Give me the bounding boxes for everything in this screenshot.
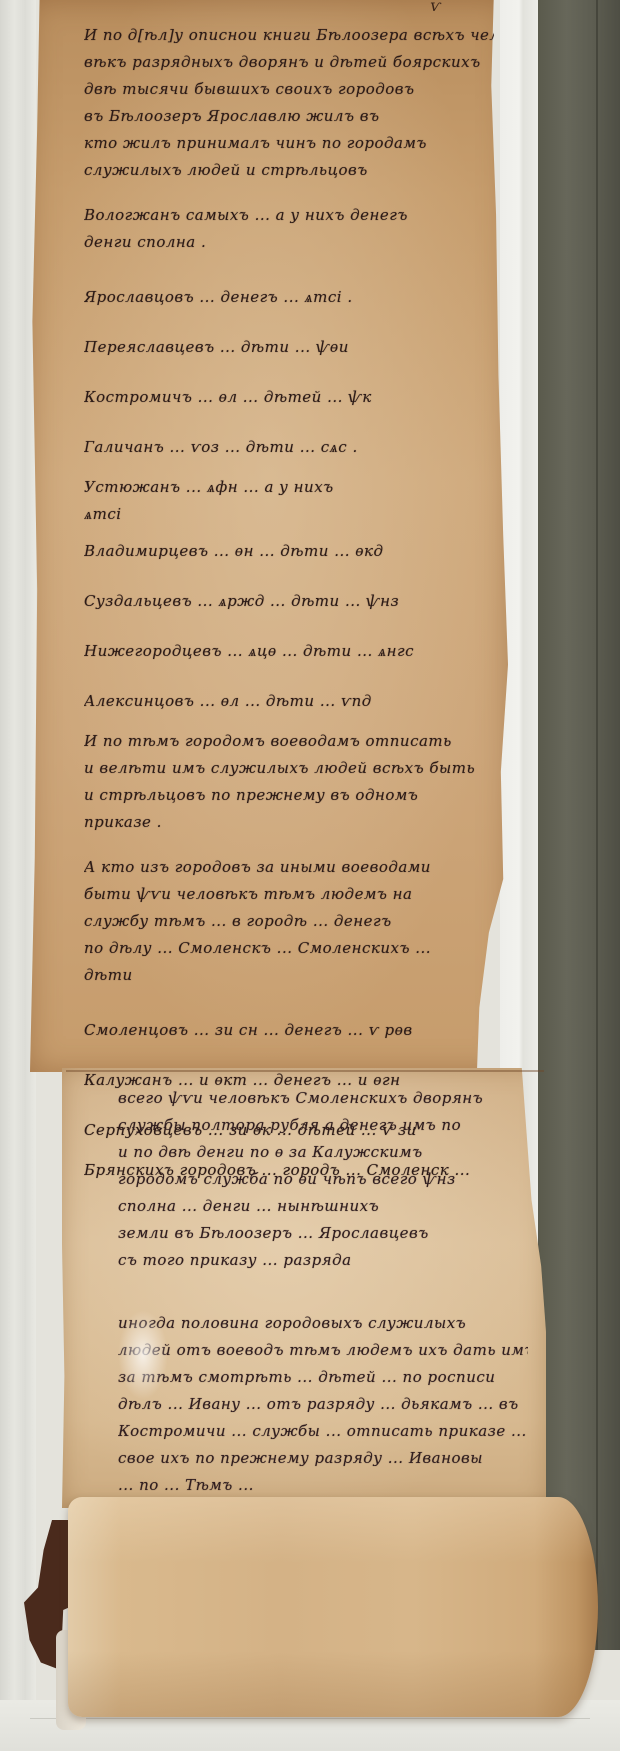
text-line: Костромичи ... службы ... отписать прика… (118, 1418, 528, 1445)
intro-paragraph: И по д[ѣл]у описнои книги Бѣлоозера всѣх… (84, 22, 494, 184)
spacer (84, 184, 494, 202)
entry-line: Суздальцевъ ... ѧржд ... дѣти ... ѱнз (84, 578, 494, 628)
text-line: дѣти (84, 962, 494, 989)
middle-paragraph: И по тѣмъ городомъ воеводамъ отписать и … (84, 728, 494, 836)
text-line: и стрѣльцовъ по прежнему въ одномъ (84, 782, 494, 809)
text-line: служилыхъ людей и стрѣльцовъ (84, 157, 494, 184)
upper-sheet-text: И по д[ѣл]у описнои книги Бѣлоозера всѣх… (84, 22, 494, 1184)
lower-paragraph-1: всего ѱѵи человѣкъ Смоленскихъ дворянъ с… (118, 1085, 528, 1274)
entry-line: Смоленцовъ ... зи сн ... денегъ ... ѵ рѳ… (84, 1007, 494, 1057)
entry-line: денги сполна . (84, 229, 494, 256)
text-line: въ Бѣлоозеръ Ярославлю жилъ въ (84, 103, 494, 130)
lower-sheet-text: всего ѱѵи человѣкъ Смоленскихъ дворянъ с… (118, 1085, 528, 1499)
entry-line: ѧтсі (84, 501, 494, 528)
entry-line: Галичанъ ... ѵоз ... дѣти ... сѧс . (84, 424, 494, 474)
text-line: быти ѱѵи человѣкъ тѣмъ людемъ на (84, 881, 494, 908)
text-line: приказе . (84, 809, 494, 836)
rolled-scroll-cylinder (68, 1497, 598, 1717)
lower-paragraph-2: иногда половина городовыхъ служилыхъ люд… (118, 1310, 528, 1499)
entry-line: Вологжанъ самыхъ ... а у нихъ денегъ (84, 202, 494, 229)
entry-line: Владимирцевъ ... ѳн ... дѣти ... ѳкд (84, 528, 494, 578)
text-line: съ того приказу ... разряда (118, 1247, 528, 1274)
text-line-cut: ... по ... Тѣмъ ... (118, 1472, 528, 1499)
text-line: двѣ тысячи бывшихъ своихъ городовъ (84, 76, 494, 103)
spacer (84, 836, 494, 854)
entry-line: Алексинцовъ ... ѳл ... дѣти ... ѵпд (84, 678, 494, 728)
text-line: городомъ служба по ѳи чѣпъ всего ѱнз (118, 1166, 528, 1193)
text-line: И по д[ѣл]у описнои книги Бѣлоозера всѣх… (84, 22, 494, 49)
text-line: и велѣти имъ служилыхъ людей всѣхъ быть (84, 755, 494, 782)
text-line: дѣлъ ... Ивану ... отъ разряду ... дьяка… (118, 1391, 528, 1418)
text-line: земли въ Бѣлоозеръ ... Ярославцевъ (118, 1220, 528, 1247)
text-line: людей отъ воеводъ тѣмъ людемъ ихъ дать и… (118, 1337, 528, 1364)
text-line: А кто изъ городовъ за иными воеводами (84, 854, 494, 881)
text-line: по дѣлу ... Смоленскъ ... Смоленскихъ ..… (84, 935, 494, 962)
text-line: И по тѣмъ городомъ воеводамъ отписать (84, 728, 494, 755)
second-paragraph: А кто изъ городовъ за иными воеводами бы… (84, 854, 494, 989)
entry-line: Устюжанъ ... ѧфн ... а у нихъ (84, 474, 494, 501)
entry-line: Ярославцовъ ... денегъ ... ѧтсі . (84, 274, 494, 324)
entry-line: Переяславцевъ ... дѣти ... ѱѳи (84, 324, 494, 374)
mount-board-left (0, 0, 36, 1751)
entry-line: Костромичъ ... ѳл ... дѣтей ... ѱк (84, 374, 494, 424)
text-line: кто жилъ принималъ чинъ по городамъ (84, 130, 494, 157)
text-line: сполна ... денги ... нынѣшнихъ (118, 1193, 528, 1220)
dark-backing-panel (538, 0, 620, 1650)
text-line: службу тѣмъ ... в городѣ ... денегъ (84, 908, 494, 935)
text-line: свое ихъ по прежнему разряду ... Ивановы (118, 1445, 528, 1472)
spacer (84, 989, 494, 1007)
glass-glare-reflection (118, 1310, 168, 1400)
entry-line: Нижегородцевъ ... ѧцѳ ... дѣти ... ѧнгс (84, 628, 494, 678)
text-line: за тѣмъ смотрѣть ... дѣтей ... по роспис… (118, 1364, 528, 1391)
text-line: службы полтора рубля а денегъ имъ по (118, 1112, 528, 1139)
text-line: иногда половина городовыхъ служилыхъ (118, 1310, 528, 1337)
text-line: вѣкъ разрядныхъ дворянъ и дѣтей боярских… (84, 49, 494, 76)
text-line: и по двѣ денги по ѳ за Калужскимъ (118, 1139, 528, 1166)
text-line: всего ѱѵи человѣкъ Смоленскихъ дворянъ (118, 1085, 528, 1112)
spacer (118, 1274, 528, 1310)
corner-mark: ѵ (430, 0, 441, 15)
spacer (84, 256, 494, 274)
